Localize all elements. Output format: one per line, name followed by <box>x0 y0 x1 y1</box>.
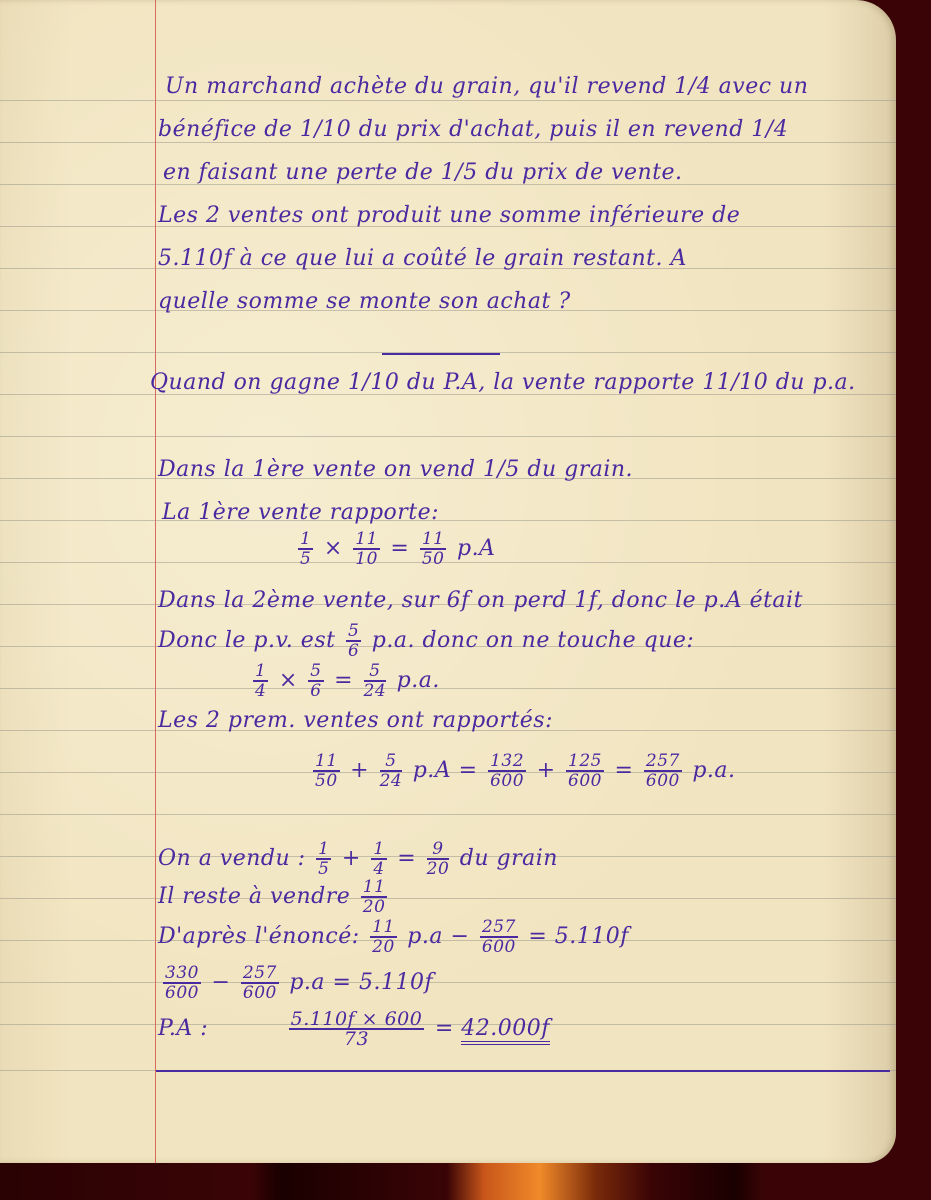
solution-line: La 1ère vente rapporte: <box>162 500 439 525</box>
ruled-line <box>0 100 896 101</box>
solution-line: Dans la 1ère vente on vend 1/5 du grain. <box>158 457 633 482</box>
separator-line <box>382 353 500 355</box>
problem-line: bénéfice de 1/10 du prix d'achat, puis i… <box>158 117 788 142</box>
ruled-line <box>0 436 896 437</box>
solution-line: Il reste à vendre 1120 <box>158 878 390 916</box>
solution-line: D'après l'énoncé: 1120 p.a − 257600 = 5.… <box>158 918 629 956</box>
problem-line: quelle somme se monte son achat ? <box>158 289 571 314</box>
solution-line: On a vendu : 15 + 14 = 920 du grain <box>158 840 558 878</box>
ruled-line <box>0 688 896 689</box>
ruled-line <box>0 982 896 983</box>
equation-1: 15 × 1110 = 1150 p.A <box>295 530 495 568</box>
final-answer-line: P.A : 5.110f × 60073 = 42.000f <box>158 1010 550 1048</box>
solution-line: Dans la 2ème vente, sur 6f on perd 1f, d… <box>158 588 803 613</box>
equation-3: 1150 + 524 p.A = 132600 + 125600 = 25760… <box>310 752 736 790</box>
equation-2: 14 × 56 = 524 p.a. <box>250 662 440 700</box>
final-result: 42.000f <box>461 1016 550 1045</box>
solution-line: Quand on gagne 1/10 du P.A, la vente rap… <box>150 370 856 395</box>
problem-line: Les 2 ventes ont produit une somme infér… <box>158 203 740 228</box>
ruled-line <box>0 142 896 143</box>
solution-line: 330600 − 257600 p.a = 5.110f <box>160 964 433 1002</box>
end-rule <box>156 1070 890 1072</box>
solution-line: Les 2 prem. ventes ont rapportés: <box>158 708 553 733</box>
problem-line: en faisant une perte de 1/5 du prix de v… <box>163 160 683 185</box>
solution-line: Donc le p.v. est 56 p.a. donc on ne touc… <box>158 622 694 660</box>
problem-line: 5.110f à ce que lui a coûté le grain res… <box>158 246 687 271</box>
ruled-line <box>0 898 896 899</box>
problem-line: Un marchand achète du grain, qu'il reven… <box>165 74 808 99</box>
ruled-line <box>0 814 896 815</box>
margin-line <box>155 0 156 1163</box>
ruled-line <box>0 520 896 521</box>
background-surface <box>0 1163 931 1200</box>
notebook-page: Un marchand achète du grain, qu'il reven… <box>0 0 896 1163</box>
